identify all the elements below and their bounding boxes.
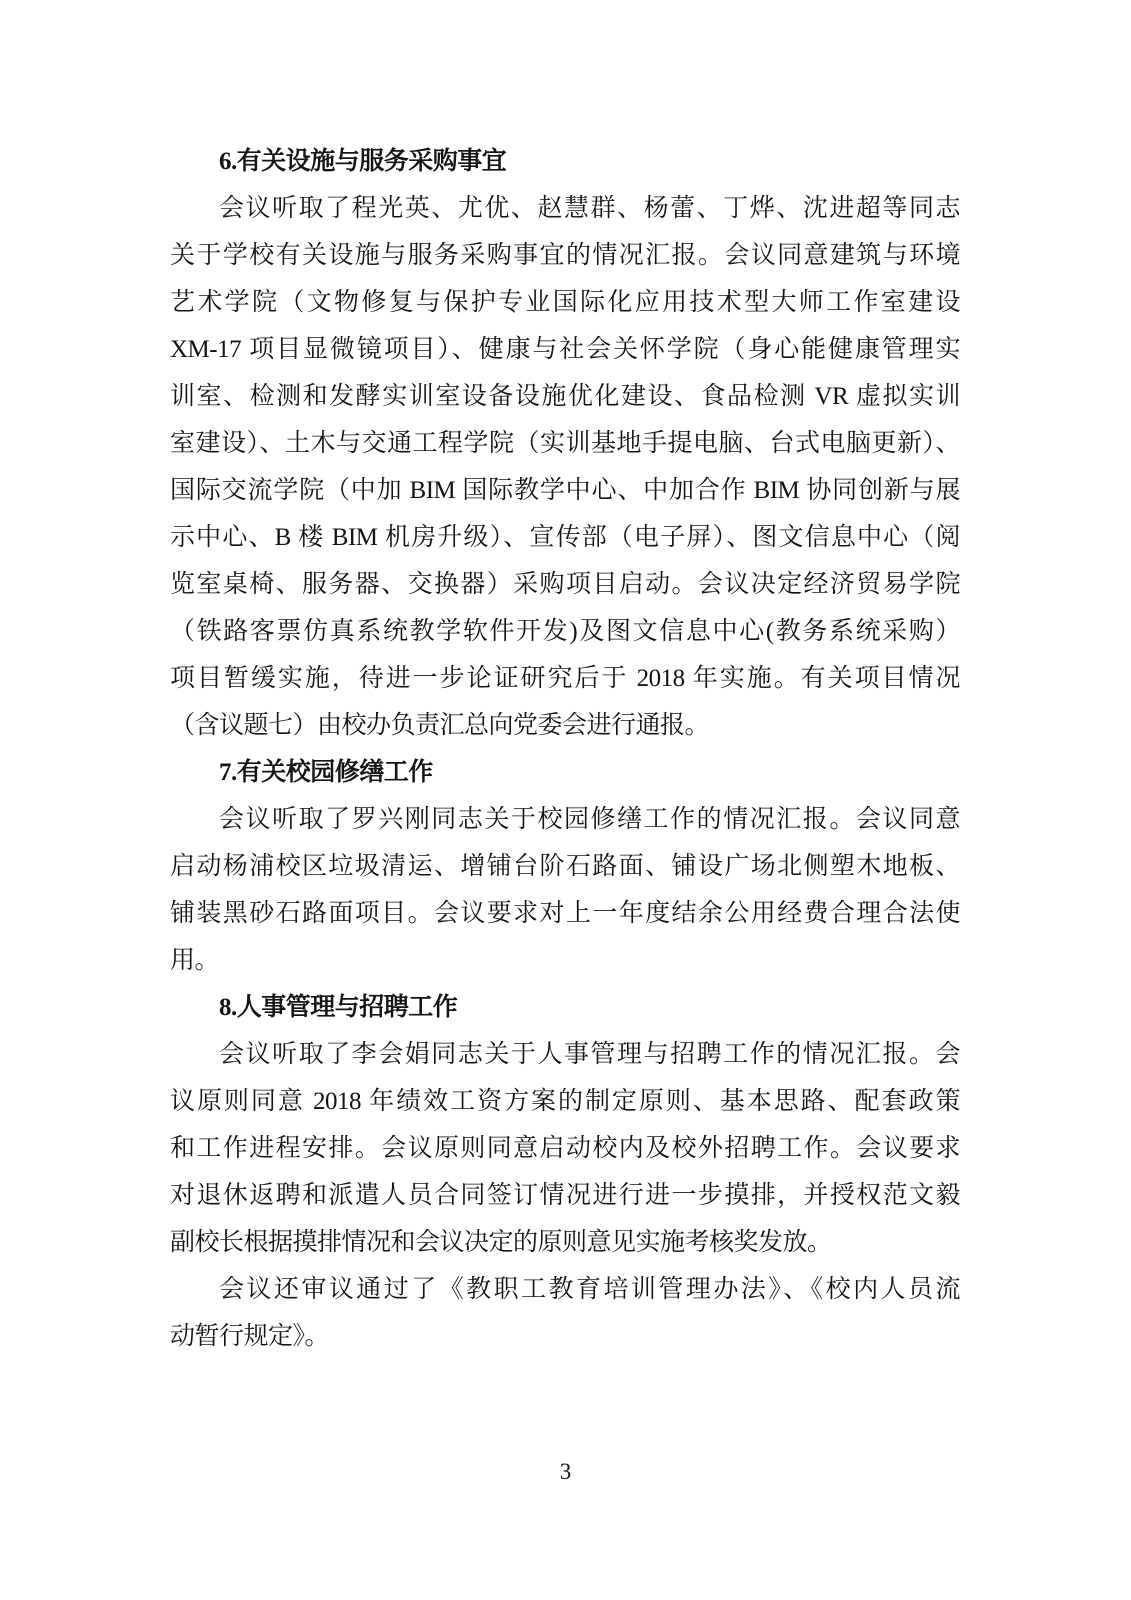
- text-line: 铺装黑砂石路面项目。会议要求对上一年度结余公用经费合理合法使: [170, 890, 960, 937]
- text-line: 关于学校有关设施与服务采购事宜的情况汇报。会议同意建筑与环境: [170, 232, 960, 279]
- section-8-heading: 8.人事管理与招聘工作: [170, 984, 960, 1031]
- document-page: 6.有关设施与服务采购事宜 会议听取了程光英、尤优、赵慧群、杨蕾、丁烨、沈进超等…: [0, 0, 1131, 1600]
- text-line: 会议听取了罗兴刚同志关于校园修缮工作的情况汇报。会议同意: [170, 796, 960, 843]
- text-line: 训室、检测和发酵实训室设备设施优化建设、食品检测 VR 虚拟实训: [170, 373, 960, 420]
- section-6-heading: 6.有关设施与服务采购事宜: [170, 138, 960, 185]
- text-line: 对退休返聘和派遣人员合同签订情况进行进一步摸排，并授权范文毅: [170, 1172, 960, 1219]
- text-line: （铁路客票仿真系统教学软件开发)及图文信息中心(教务系统采购）: [170, 608, 960, 655]
- text-line: 启动杨浦校区垃圾清运、增铺台阶石路面、铺设广场北侧塑木地板、: [170, 843, 960, 890]
- text-line: 艺术学院（文物修复与保护专业国际化应用技术型大师工作室建设: [170, 279, 960, 326]
- text-line: 用。: [170, 937, 960, 984]
- text-line: 国际交流学院（中加 BIM 国际教学中心、中加合作 BIM 协同创新与展: [170, 467, 960, 514]
- text-line: （含议题七）由校办负责汇总向党委会进行通报。: [170, 702, 960, 749]
- page-number: 3: [0, 1455, 1131, 1489]
- text-line: 览室桌椅、服务器、交换器）采购项目启动。会议决定经济贸易学院: [170, 561, 960, 608]
- text-line: 项目暂缓实施，待进一步论证研究后于 2018 年实施。有关项目情况: [170, 655, 960, 702]
- text-line: 议原则同意 2018 年绩效工资方案的制定原则、基本思路、配套政策: [170, 1078, 960, 1125]
- text-line: 动暂行规定》。: [170, 1313, 960, 1360]
- text-line: 会议听取了程光英、尤优、赵慧群、杨蕾、丁烨、沈进超等同志: [170, 185, 960, 232]
- section-7-heading: 7.有关校园修缮工作: [170, 749, 960, 796]
- text-line: 示中心、B 楼 BIM 机房升级）、宣传部（电子屏）、图文信息中心（阅: [170, 514, 960, 561]
- text-line: 副校长根据摸排情况和会议决定的原则意见实施考核奖发放。: [170, 1219, 960, 1266]
- text-line: XM-17 项目显微镜项目）、健康与社会关怀学院（身心能健康管理实: [170, 326, 960, 373]
- text-line: 室建设）、土木与交通工程学院（实训基地手提电脑、台式电脑更新）、: [170, 420, 960, 467]
- text-line: 会议还审议通过了《教职工教育培训管理办法》、《校内人员流: [170, 1266, 960, 1313]
- text-line: 和工作进程安排。会议原则同意启动校内及校外招聘工作。会议要求: [170, 1125, 960, 1172]
- text-line: 会议听取了李会娟同志关于人事管理与招聘工作的情况汇报。会: [170, 1031, 960, 1078]
- document-body: 6.有关设施与服务采购事宜 会议听取了程光英、尤优、赵慧群、杨蕾、丁烨、沈进超等…: [170, 138, 960, 1360]
